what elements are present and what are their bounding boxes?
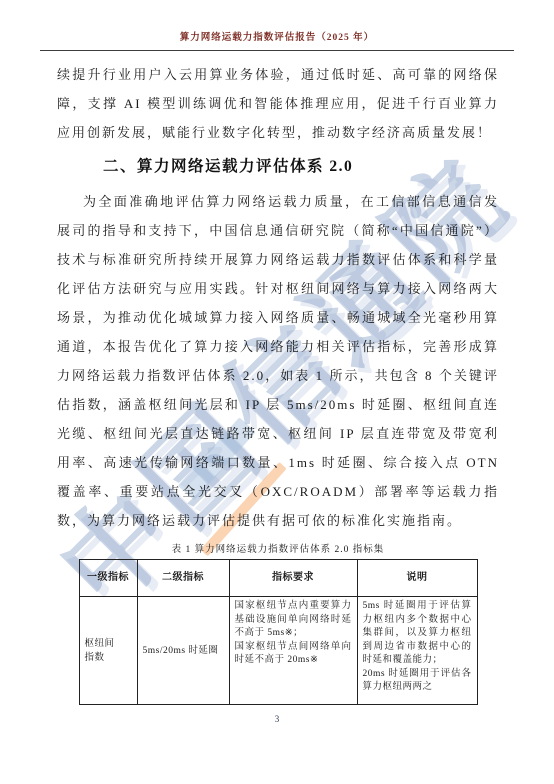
cell-description: 5ms 时延圈用于评估算力枢纽内多个数据中心集群间，以及算力枢纽到周边省市数据中… [357, 597, 477, 705]
document-page: 中国信通院 中国信通院 算力网络运载力指数评估报告（2025 年） 续提升行业用… [0, 0, 554, 784]
table-header-row: 一级指标 二级指标 指标要求 说明 [79, 560, 477, 597]
cell-level1-index: 枢纽间 指数 [79, 597, 137, 705]
column-header-requirement: 指标要求 [229, 560, 357, 597]
running-header-title: 算力网络运载力指数评估报告（2025 年） [40, 29, 514, 43]
cell-requirement: 国家枢纽节点内重要算力基础设施间单向网络时延不高于 5ms※； 国家枢纽节点间网… [229, 597, 357, 705]
table-row: 枢纽间 指数 5ms/20ms 时延圈 国家枢纽节点内重要算力基础设施间单向网络… [79, 597, 477, 705]
page-content: 续提升行业用户入云用算业务体验，通过低时延、高可靠的网络保障，支撑 AI 模型训… [57, 60, 499, 705]
page-header: 算力网络运载力指数评估报告（2025 年） [40, 0, 514, 51]
indicator-table: 一级指标 二级指标 指标要求 说明 枢纽间 指数 5ms/20ms 时延圈 国家… [79, 559, 478, 705]
table-caption: 表 1 算力网络运载力指数评估体系 2.0 指标集 [57, 541, 499, 555]
page-number: 3 [275, 714, 280, 724]
column-header-description: 说明 [357, 560, 477, 597]
section-heading: 二、算力网络运载力评估体系 2.0 [103, 154, 499, 180]
paragraph-continuation: 续提升行业用户入云用算业务体验，通过低时延、高可靠的网络保障，支撑 AI 模型训… [57, 60, 499, 147]
paragraph-body: 为全面准确地评估算力网络运载力质量，在工信部信息通信发展司的指导和支持下，中国信… [57, 187, 499, 535]
page-footer: 3 [0, 714, 554, 724]
cell-level2-index: 5ms/20ms 时延圈 [137, 597, 229, 705]
column-header-level1: 一级指标 [79, 560, 137, 597]
column-header-level2: 二级指标 [137, 560, 229, 597]
